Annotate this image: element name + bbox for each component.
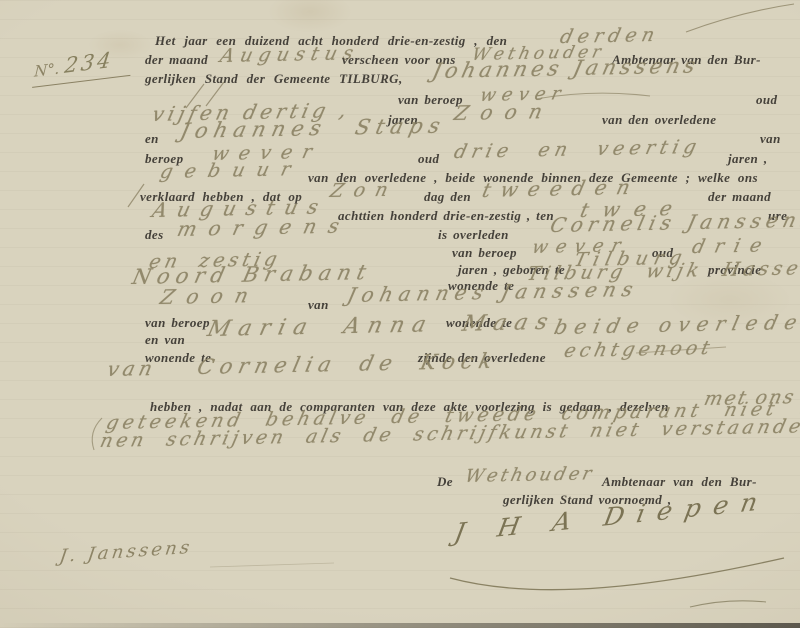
entry-month: Augustus <box>218 42 361 67</box>
act-number: N°.234 <box>29 46 130 88</box>
death-certificate-scan: N°.234 Het jaar een duizend acht honderd… <box>0 0 800 628</box>
entry-declarant2-relation: gebuur <box>158 158 305 183</box>
page-bottom-edge <box>0 623 800 628</box>
form-text: van beroep <box>452 245 517 261</box>
form-text: oud <box>418 151 439 167</box>
form-text: achttien honderd drie-en-zestig , ten <box>338 208 554 224</box>
form-text: dag den <box>424 189 471 205</box>
form-text: der maand <box>708 189 771 205</box>
entry-spouse-prefix: van <box>105 356 159 381</box>
form-text: De <box>437 474 453 490</box>
form-text: van beroep <box>145 315 210 331</box>
entry-mother-name: Maria Anna Maas <box>205 310 558 342</box>
form-text: des <box>145 227 164 243</box>
form-text: oud <box>756 92 777 108</box>
declarant-signature: J. Janssens <box>58 537 194 567</box>
entry-death-daypart: morgens <box>175 213 354 241</box>
entry-deceased-relation: Zoon <box>158 283 263 309</box>
entry-deceased-age-part1: drie <box>690 234 774 258</box>
form-text: en van <box>145 332 185 348</box>
form-text: Ambtenaar van den Bur- <box>602 474 757 490</box>
entry-parents-status: beide overleden <box>552 309 800 339</box>
form-text: en <box>145 131 159 147</box>
act-number-label: N°. <box>34 59 60 80</box>
entry-declarant2-name: Johannes Staps <box>178 113 448 143</box>
entry-father-name: Johannes Janssens <box>345 277 641 307</box>
entry-spouse-name: Cornelia de Kock <box>195 349 501 379</box>
entry-declarant1-name: Johannes Janssens <box>430 53 702 83</box>
entry-declarant2-age: drie en veertig <box>452 136 704 163</box>
act-number-value: 234 <box>64 47 116 78</box>
entry-death-weekday: Zon <box>328 179 400 202</box>
form-text: van <box>760 131 781 147</box>
form-text: jaren , <box>728 151 767 167</box>
form-text: van beroep <box>398 92 463 108</box>
form-text: gerlijken Stand der Gemeente TILBURG, <box>145 71 403 87</box>
entry-marital-status: echtgenoot <box>562 337 716 362</box>
entry-signing-official-title: Wethouder <box>463 463 597 487</box>
form-text: van den overledene <box>602 112 716 128</box>
form-text: is overleden <box>438 227 509 243</box>
form-text: der maand <box>145 52 208 68</box>
entry-deceased-name: Cornelis Janssens <box>548 207 800 237</box>
entry-declarant1-relation: Zoon <box>452 99 557 125</box>
form-text: van <box>308 297 329 313</box>
